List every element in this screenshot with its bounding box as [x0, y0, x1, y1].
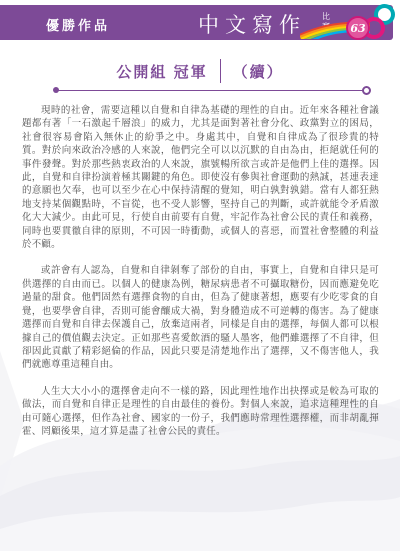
section-label: 優勝作品 — [46, 15, 110, 34]
page-number-badge: 63 — [346, 16, 370, 40]
article-title: 公開組 冠軍 — [116, 61, 207, 82]
article-paragraph: 現時的社會，需要這種以自覺和自律為基礎的理性的自由。近年來各種社會議題都有著「一… — [22, 104, 379, 251]
rule-ring-icon — [362, 86, 371, 95]
competition-logo-title: 中文寫作 — [198, 9, 306, 39]
article-title-continued: （續） — [233, 61, 284, 82]
title-divider — [220, 59, 221, 83]
page-number: 63 — [350, 22, 365, 35]
title-underline-rule — [57, 90, 363, 91]
article-title-row: 公開組 冠軍 （續） — [0, 58, 400, 84]
rule-dot-icon — [53, 87, 59, 93]
article-paragraph: 或許會有人認為，自覺和自律剝奪了部份的自由，事實上，自覺和自律只是可供選擇的自由… — [22, 264, 379, 371]
article-paragraph: 人生大大小小的選擇會走向不一樣的路，因此理性地作出抉擇或是較為可取的做法，而自覺… — [22, 385, 379, 439]
article-body: 現時的社會，需要這種以自覺和自律為基礎的理性的自由。近年來各種社會議題都有著「一… — [22, 104, 379, 451]
